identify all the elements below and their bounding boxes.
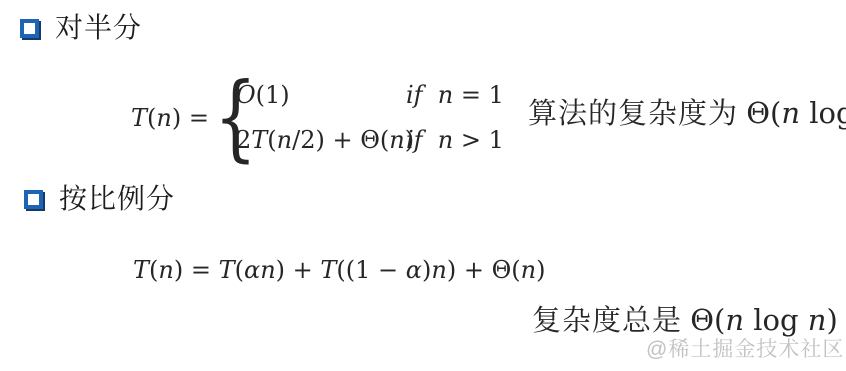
case-row-recursive: 2T(n/2) + Θ(n) if n > 1 [236,126,504,155]
formula-lhs: T(n) = [131,104,209,133]
case-condition-base: if n = 1 [406,81,504,110]
complexity-note-halving: 算法的复杂度为 Θ(n log n). [528,96,846,132]
formula-cases: O(1) if n = 1 2T(n/2) + Θ(n) if n > 1 [236,81,504,155]
section-title-halving: 对半分 [55,12,142,44]
slide: 对半分 T(n) = { O(1) if n = 1 2T(n/2) + Θ(n… [0,0,846,371]
square-bullet-icon [24,190,43,209]
case-row-base: O(1) if n = 1 [236,81,504,110]
square-bullet-icon [20,19,39,38]
case-expression-base: O(1) [236,81,406,110]
bullet-item-proportional: 按比例分 [24,183,175,215]
recurrence-formula-proportional: T(n) = T(αn) + T((1 − α)n) + Θ(n) [133,256,545,285]
bullet-item-halving: 对半分 [20,12,142,44]
case-condition-recursive: if n > 1 [406,126,504,155]
complexity-note-proportional: 复杂度总是 Θ(n log n) [532,303,838,339]
left-curly-brace: { [214,74,236,162]
recurrence-formula-halving: T(n) = { O(1) if n = 1 2T(n/2) + Θ(n) if… [131,74,504,162]
section-title-proportional: 按比例分 [59,183,175,215]
case-expression-recursive: 2T(n/2) + Θ(n) [236,126,406,155]
watermark: @稀土掘金技术社区 [646,338,844,362]
